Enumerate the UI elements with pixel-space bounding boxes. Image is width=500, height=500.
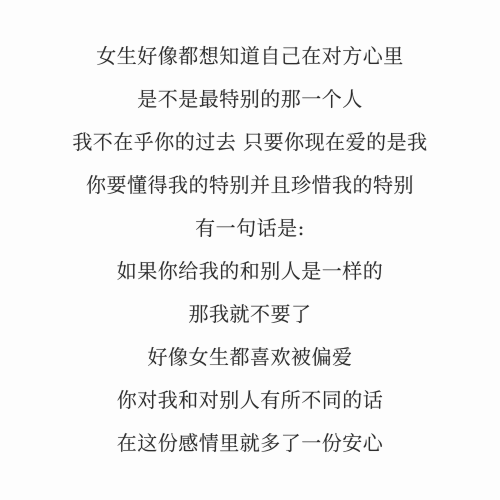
quote-line: 是不是最特别的那一个人 [137, 78, 363, 121]
quote-line: 你要懂得我的特别并且珍惜我的特别 [86, 164, 414, 207]
quote-line: 有一句话是: [195, 207, 305, 250]
quote-line: 如果你给我的和别人是一样的 [117, 250, 384, 293]
quote-line: 你对我和对别人有所不同的话 [117, 379, 384, 422]
quote-line: 女生好像都想知道自己在对方心里 [96, 35, 404, 78]
quote-line: 好像女生都喜欢被偏爱 [148, 336, 353, 379]
quote-card: 女生好像都想知道自己在对方心里 是不是最特别的那一个人 我不在乎你的过去 只要你… [0, 0, 500, 500]
quote-line: 那我就不要了 [189, 293, 312, 336]
quote-line: 在这份感情里就多了一份安心 [117, 422, 384, 465]
quote-line: 我不在乎你的过去 只要你现在爱的是我 [72, 121, 427, 164]
